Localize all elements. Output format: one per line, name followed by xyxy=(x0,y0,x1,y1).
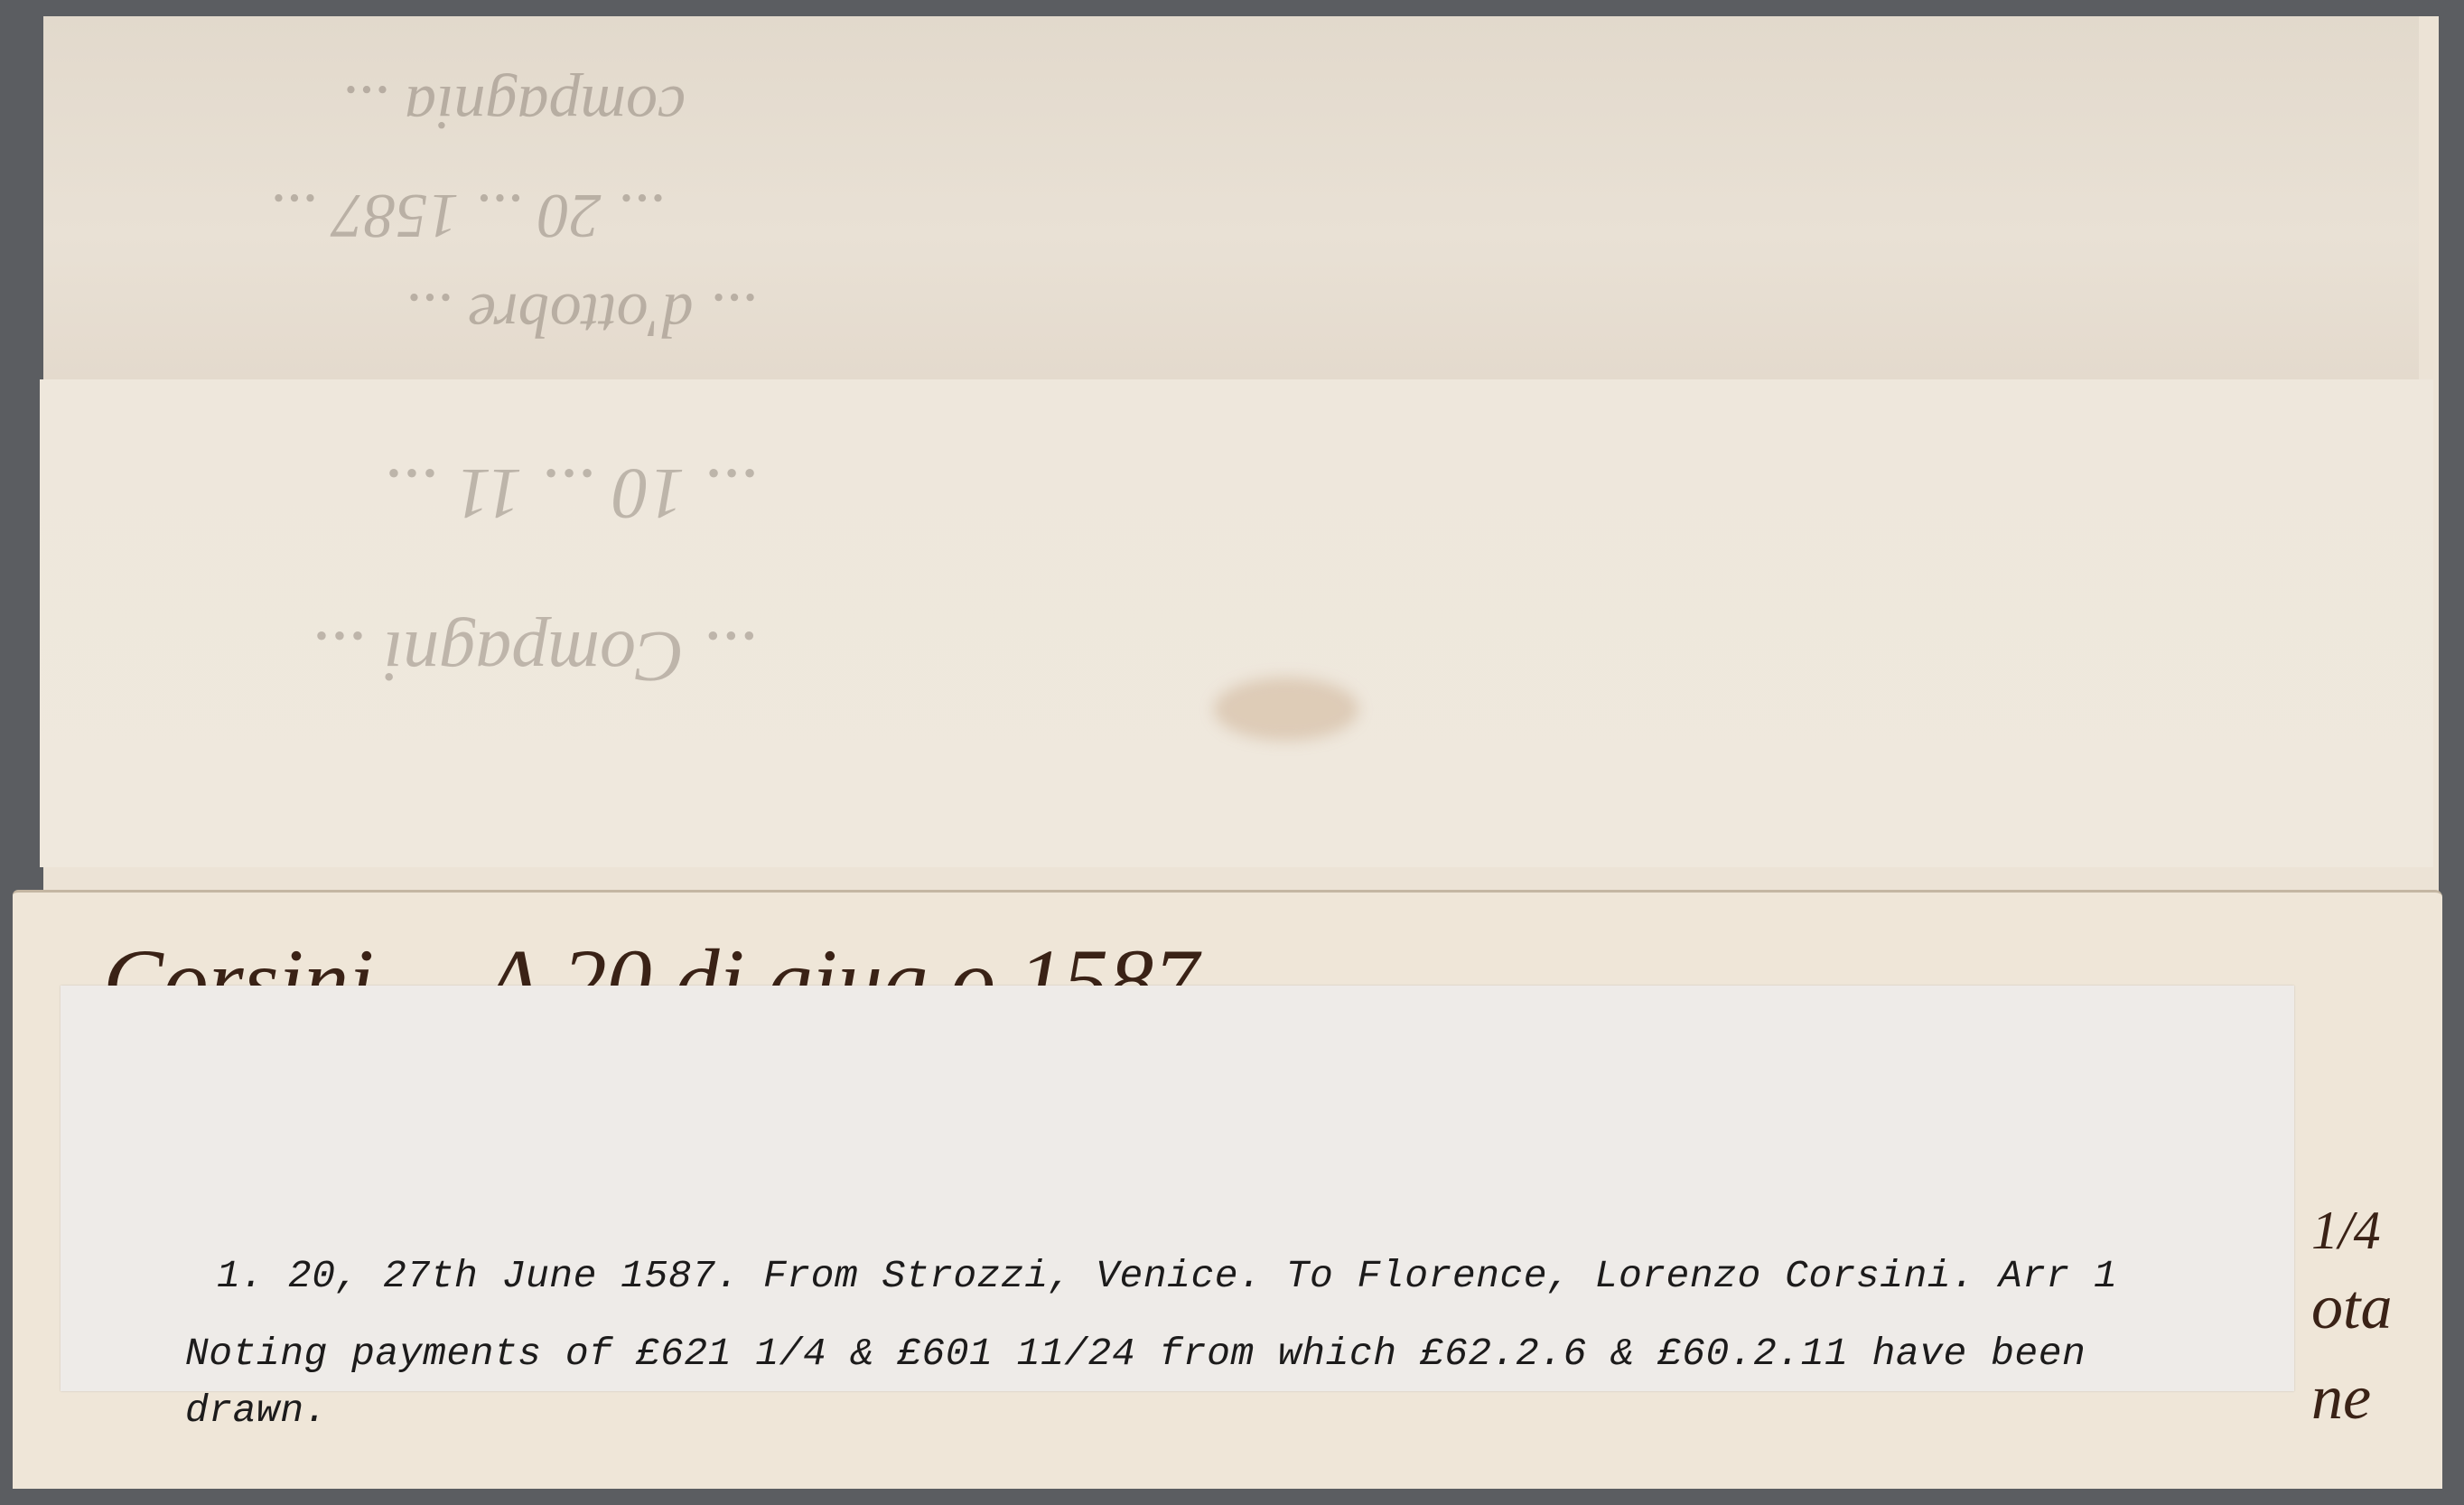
bleed-through-text: ... 10 ... 11 ... xyxy=(383,452,757,534)
label-line-1: 1. 20, 27th June 1587. From Strozzi, Ven… xyxy=(217,1254,2117,1298)
bleed-through-text: ... Compagni ... xyxy=(311,614,756,696)
margin-fraction: 1/4 xyxy=(2311,1200,2381,1262)
margin-handwriting: ota xyxy=(2311,1272,2392,1344)
margin-handwriting: ne xyxy=(2311,1362,2371,1435)
ink-stain xyxy=(1214,678,1358,741)
catalogue-label: 1. 20, 27th June 1587. From Strozzi, Ven… xyxy=(61,986,2294,1391)
label-line-3: drawn. xyxy=(185,1388,328,1433)
bleed-through-text: compagnia ... xyxy=(341,70,686,143)
letter-top-fold: compagnia ... ... 20 ... 1587 ... ... d'… xyxy=(43,16,2419,381)
letter-middle-fold: ... 10 ... 11 ... ... Compagni ... xyxy=(40,379,2433,867)
bleed-through-text: ... d'ottobre ... xyxy=(405,278,757,351)
label-line-2: Noting payments of £621 1/4 & £601 11/24… xyxy=(185,1332,2086,1376)
bleed-through-text: ... 20 ... 1587 ... xyxy=(269,179,665,251)
